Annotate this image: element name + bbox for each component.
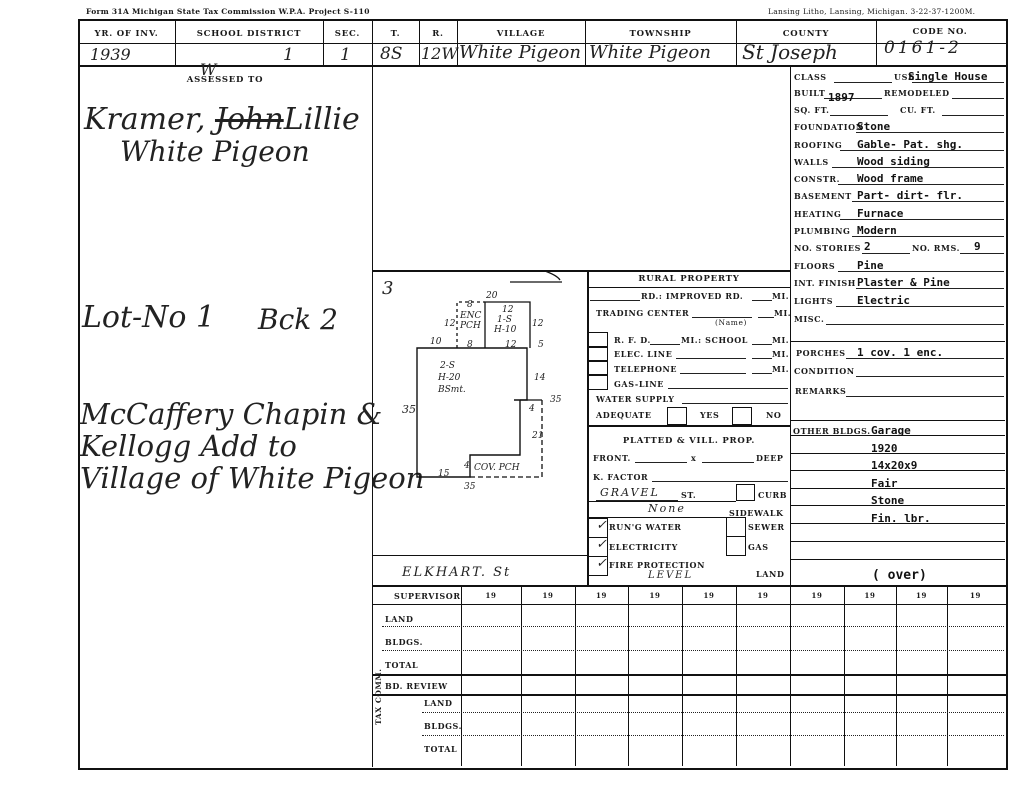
county-value[interactable]: St Joseph <box>742 40 838 64</box>
year-header[interactable]: 19 <box>947 591 1004 600</box>
running-water-label: RUN'G WATER <box>609 522 682 532</box>
x-label: x <box>691 453 696 463</box>
assessed-to-label: ASSESSED TO <box>78 75 372 85</box>
condition-line[interactable] <box>856 376 1004 377</box>
water-supply-line[interactable] <box>682 403 788 404</box>
plumbing-label: PLUMBING <box>794 226 850 236</box>
floors-value[interactable]: Pine <box>857 259 884 272</box>
svg-text:15: 15 <box>438 469 450 479</box>
year-header[interactable]: 19 <box>790 591 844 600</box>
constr-value[interactable]: Wood frame <box>857 172 923 185</box>
addition-line-2[interactable]: Kellogg Add to <box>80 429 297 463</box>
land-row-label: LAND <box>385 614 413 624</box>
owner-struck-name: John <box>215 102 284 137</box>
lights-label: LIGHTS <box>794 296 833 306</box>
misc-label: MISC. <box>794 314 824 324</box>
rfd-line[interactable] <box>650 344 680 345</box>
deep-label: DEEP <box>756 453 784 463</box>
trading-center-label: TRADING CENTER <box>596 308 689 318</box>
other-bldg-line-5[interactable]: Stone <box>871 494 904 507</box>
platted-title: PLATTED & VILL. PROP. <box>588 436 790 446</box>
divider <box>790 66 791 585</box>
no-rms-label: NO. RMS. <box>912 243 960 253</box>
tax-comm-label: TAX COMM. <box>374 685 383 725</box>
no-stories-label: NO. STORIES <box>794 243 861 253</box>
st-label: ST. <box>681 490 696 500</box>
divider <box>790 559 1005 560</box>
bd-review-label: BD. REVIEW <box>385 681 448 691</box>
basement-label: BASEMENT <box>794 191 852 201</box>
svg-text:12: 12 <box>505 340 517 350</box>
col-header-sec: SEC. <box>323 29 372 39</box>
rfd-label: R. F. D. <box>614 335 651 345</box>
lot-number[interactable]: Lot-No 1 <box>82 300 215 335</box>
gas-line-line[interactable] <box>668 388 788 389</box>
yr-of-inv-value[interactable]: 1939 <box>90 45 131 64</box>
no-rms-value[interactable]: 9 <box>974 240 981 253</box>
deep-line[interactable] <box>702 462 754 463</box>
divider <box>844 585 845 766</box>
year-header[interactable]: 19 <box>521 591 575 600</box>
divider <box>790 341 1005 342</box>
no-stories-value[interactable]: 2 <box>864 240 871 253</box>
k-factor-line[interactable] <box>652 481 788 482</box>
printer-credit: Lansing Litho, Lansing, Michigan. 3-22-3… <box>768 7 975 16</box>
built-label: BUILT <box>794 88 825 98</box>
col-header-yr-of-inv: YR. OF INV. <box>78 29 175 39</box>
porches-label: PORCHES <box>796 348 846 358</box>
improved-rd-line[interactable] <box>752 300 772 301</box>
r-value[interactable]: 12W <box>421 44 458 63</box>
elec-line-line[interactable] <box>676 358 746 359</box>
curb-checkbox[interactable] <box>736 484 755 501</box>
svg-text:ENC: ENC <box>459 311 481 321</box>
col-header-township: TOWNSHIP <box>585 29 736 39</box>
owner-given-name: Lillie <box>284 102 360 137</box>
sidewalk-value[interactable]: None <box>648 502 686 515</box>
no-stories-line <box>862 253 910 254</box>
svg-text:BSmt.: BSmt. <box>437 385 466 395</box>
street-surface-value[interactable]: GRAVEL <box>600 486 660 499</box>
tc-land-label: LAND <box>424 698 452 708</box>
divider <box>736 585 737 766</box>
gas-line-checkbox[interactable] <box>588 374 608 390</box>
mi-label: MI. <box>772 291 789 301</box>
addition-line-1[interactable]: McCaffery Chapin & <box>80 397 382 431</box>
school-line[interactable] <box>752 344 772 345</box>
mi-label: MI. <box>774 308 791 318</box>
owner-name[interactable]: Kramer, JohnLillie <box>84 102 360 137</box>
svg-text:PCH: PCH <box>459 321 481 331</box>
remodeled-line[interactable] <box>952 98 1004 99</box>
name-hint: (Name) <box>715 318 747 327</box>
svg-text:5: 5 <box>538 340 544 350</box>
sewer-checkbox[interactable] <box>726 517 746 537</box>
sq-ft-label: SQ. FT. <box>794 105 830 115</box>
svg-text:8: 8 <box>467 300 473 310</box>
divider <box>896 585 897 766</box>
col-header-village: VILLAGE <box>457 29 585 39</box>
remarks-line[interactable] <box>846 396 1004 397</box>
divider <box>372 674 1006 676</box>
year-header[interactable]: 19 <box>461 591 521 600</box>
divider <box>461 585 462 766</box>
svg-text:H-10: H-10 <box>493 325 517 335</box>
divider <box>588 517 726 518</box>
remodeled-label: REMODELED <box>884 88 950 98</box>
curb-label: CURB <box>758 490 787 500</box>
divider <box>585 19 586 66</box>
svg-text:35: 35 <box>402 403 416 416</box>
svg-text:1-S: 1-S <box>497 315 512 325</box>
divider <box>682 585 683 766</box>
fire-protection-label: FIRE PROTECTION <box>609 560 705 570</box>
svg-text:4: 4 <box>528 404 535 414</box>
mi-label: MI. <box>772 349 789 359</box>
svg-text:10: 10 <box>430 337 442 347</box>
township-value[interactable]: White Pigeon <box>589 42 711 63</box>
owner-city[interactable]: White Pigeon <box>120 135 310 168</box>
other-bldg-line-3[interactable]: 14x20x9 <box>871 459 917 472</box>
divider <box>372 585 1006 587</box>
street-name[interactable]: ELKHART. St <box>402 565 511 580</box>
year-header[interactable]: 19 <box>844 591 896 600</box>
year-header[interactable]: 19 <box>628 591 682 600</box>
mi-label: MI. <box>772 335 789 345</box>
adequate-no-checkbox[interactable] <box>732 407 752 425</box>
plumbing-value[interactable]: Modern <box>857 224 897 237</box>
built-value[interactable]: 1897 <box>828 91 855 104</box>
telephone-label: TELEPHONE <box>614 364 677 374</box>
int-finish-value[interactable]: Plaster & Pine <box>857 276 950 289</box>
walls-label: WALLS <box>794 157 829 167</box>
divider <box>175 19 176 66</box>
col-header-t: T. <box>372 29 419 39</box>
divider <box>790 453 1005 454</box>
tc-total-label: TOTAL <box>424 744 457 754</box>
dotted-rule <box>382 626 1004 627</box>
other-bldg-line-2[interactable]: 1920 <box>871 442 898 455</box>
divider <box>575 585 576 766</box>
gas-label: GAS <box>748 542 769 552</box>
divider <box>790 541 1005 542</box>
trading-center-mi-line[interactable] <box>758 317 774 318</box>
t-value[interactable]: 8S <box>380 44 402 64</box>
svg-text:14: 14 <box>534 373 546 383</box>
svg-text:12: 12 <box>532 319 544 329</box>
land-label: LAND <box>756 569 784 579</box>
class-label: CLASS <box>794 72 827 82</box>
sewer-label: SEWER <box>748 522 785 532</box>
lights-value[interactable]: Electric <box>857 294 910 307</box>
divider <box>790 585 791 766</box>
heating-label: HEATING <box>794 209 841 219</box>
gas-line-label: GAS-LINE <box>614 379 664 389</box>
land-value[interactable]: LEVEL <box>648 570 693 581</box>
tc-bldgs-label: BLDGS. <box>424 721 462 731</box>
divider <box>736 19 737 66</box>
running-water-check: ✓ <box>596 518 607 533</box>
foundation-value[interactable]: Stone <box>857 120 890 133</box>
svg-text:COV. PCH: COV. PCH <box>474 463 520 473</box>
adequate-label: ADEQUATE <box>596 410 652 420</box>
use-value[interactable]: Single House <box>908 70 987 83</box>
telephone-line[interactable] <box>680 373 746 374</box>
telephone-mi-line[interactable] <box>752 373 772 374</box>
svg-text:12: 12 <box>502 305 514 315</box>
sq-ft-line[interactable] <box>830 115 888 116</box>
int-finish-label: INT. FINISH <box>794 278 856 288</box>
front-label: FRONT. <box>593 453 631 463</box>
porches-value[interactable]: 1 cov. 1 enc. <box>857 346 943 359</box>
divider <box>628 585 629 766</box>
svg-text:4: 4 <box>463 461 470 471</box>
class-line[interactable] <box>834 82 892 83</box>
col-header-r: R. <box>419 29 457 39</box>
electricity-label: ELECTRICITY <box>609 542 678 552</box>
yes-label: YES <box>700 410 719 420</box>
cu-ft-label: CU. FT. <box>900 105 936 115</box>
school-label: MI.: SCHOOL <box>681 335 748 345</box>
no-label: NO <box>766 410 781 420</box>
cu-ft-line[interactable] <box>942 115 1004 116</box>
improved-rd-label: RD.: IMPROVED RD. <box>641 291 743 301</box>
k-factor-label: K. FACTOR <box>593 472 648 482</box>
no-rms-line <box>960 253 1004 254</box>
constr-label: CONSTR. <box>794 174 840 184</box>
dim-top-wing: 20 <box>485 291 498 301</box>
other-bldg-line-1[interactable]: Garage <box>871 424 911 437</box>
svg-text:H-20: H-20 <box>437 373 461 383</box>
divider <box>78 65 1006 67</box>
divider <box>521 585 522 766</box>
divider <box>419 19 420 66</box>
code-no-value[interactable]: 0161-2 <box>884 38 962 58</box>
remarks-label: REMARKS <box>795 386 846 396</box>
mi-label: MI. <box>772 364 789 374</box>
year-header[interactable]: 19 <box>736 591 790 600</box>
year-header[interactable]: 19 <box>575 591 628 600</box>
roofing-label: ROOFING <box>794 140 842 150</box>
dotted-rule <box>382 650 1004 651</box>
rural-property-title: RURAL PROPERTY <box>588 274 790 284</box>
water-supply-label: WATER SUPPLY <box>596 394 675 404</box>
svg-text:12: 12 <box>444 319 456 329</box>
form-title: Form 31A Michigan State Tax Commission W… <box>86 7 370 16</box>
col-header-code-no: CODE NO. <box>876 27 1004 37</box>
col-header-school-district: SCHOOL DISTRICT <box>175 29 323 39</box>
total-row-label: TOTAL <box>385 660 418 670</box>
gas-checkbox[interactable] <box>726 536 746 556</box>
electricity-check: ✓ <box>596 537 607 552</box>
year-header[interactable]: 19 <box>682 591 736 600</box>
supervisor-label: SUPERVISOR <box>394 591 461 601</box>
sec-value[interactable]: 1 <box>340 45 351 65</box>
floor-plan-sketch: 20 8 12 ENC PCH 1-S H-10 12 12 10 8 12 5… <box>372 270 587 585</box>
roofing-value[interactable]: Gable- Pat. shg. <box>857 138 963 151</box>
divider <box>372 555 588 556</box>
floors-label: FLOORS <box>794 261 835 271</box>
divider <box>790 420 1005 421</box>
divider <box>588 425 790 427</box>
over-note: ( over) <box>872 568 927 583</box>
other-bldg-line-4[interactable]: Fair <box>871 477 898 490</box>
bldgs-row-label: BLDGS. <box>385 637 423 647</box>
foundation-label: FOUNDATION <box>794 122 864 132</box>
elec-line-label: ELEC. LINE <box>614 349 672 359</box>
rd-line[interactable] <box>590 300 640 301</box>
front-line[interactable] <box>635 462 687 463</box>
svg-text:35: 35 <box>464 482 476 492</box>
svg-text:2-S: 2-S <box>439 361 455 371</box>
divider <box>323 19 324 66</box>
divider <box>947 585 948 766</box>
dotted-rule <box>422 712 1004 713</box>
owner-surname: Kramer, <box>84 102 205 137</box>
basement-value[interactable]: Part- dirt- flr. <box>857 189 963 202</box>
fire-protection-check: ✓ <box>596 556 607 571</box>
divider <box>372 604 1006 605</box>
school-district-value[interactable]: 1 <box>283 45 294 65</box>
block-number[interactable]: Bck 2 <box>258 303 338 336</box>
condition-label: CONDITION <box>794 366 855 376</box>
adequate-yes-checkbox[interactable] <box>667 407 687 425</box>
other-bldg-line-6[interactable]: Fin. lbr. <box>871 512 931 525</box>
divider <box>372 694 1006 696</box>
misc-line[interactable] <box>826 324 1004 325</box>
col-header-county: COUNTY <box>736 29 876 39</box>
walls-value[interactable]: Wood siding <box>857 155 930 168</box>
elec-line-mi-line[interactable] <box>752 358 772 359</box>
svg-text:21: 21 <box>531 431 543 441</box>
dotted-rule <box>422 735 1004 736</box>
divider <box>588 287 790 288</box>
svg-text:8: 8 <box>467 340 473 350</box>
svg-text:35: 35 <box>550 395 562 405</box>
heating-value[interactable]: Furnace <box>857 207 903 220</box>
village-value[interactable]: White Pigeon <box>459 42 581 63</box>
year-header[interactable]: 19 <box>896 591 947 600</box>
